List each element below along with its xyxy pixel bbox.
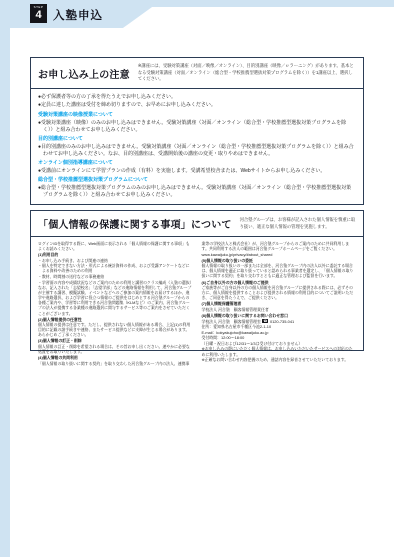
privacy-box-title-row: 「個人情報の保護に関する事項」について 河合塾グループは、お客様が記入された個人… [31,211,363,237]
privacy-box-title: 「個人情報の保護に関する事項」について [38,216,232,231]
privacy-left-column: ログインIDを取得する際に、Web画面に表示される「個人情報の保護に関する事項」… [38,241,193,366]
notice-section-heading: オンライン個別指導講座について [38,160,356,167]
notice-box-note: ※講座には、受験対策講座（対面／映像／オンライン）、目的別講座（映像／ｅラーニン… [138,63,356,82]
privacy-text: ※お申し込みの際にいただく個人情報は、お申し込みいただいたサービスへの対応のため… [202,346,357,356]
privacy-heading: (1)利用目的 [38,252,193,257]
notice-section-heading: 受験対策講座の映像授業について [38,112,356,119]
privacy-heading: (8)個人情報の取り扱いに関するお問い合わせ窓口 [202,313,357,318]
step-badge: STEP 4 [30,4,47,23]
privacy-box-note: 河合塾グループは、お客様が記入された個人情報を慎重に取り扱い、適正な個人情報の管… [240,217,356,230]
privacy-text: 「個人情報の取り扱いに関する契約」を取り交わした河合塾グループ内の法人、連携事 [38,361,193,366]
page-header: STEP 4 入塾申込 [0,0,394,28]
privacy-contact-line: 学校法人 河合塾 顧客情報管理室 ☎ 0120-735-041 [202,319,357,324]
privacy-text: 受付時間：12:00～18:00 [202,335,357,340]
privacy-list-item: ・個人を特定できない方法・形式による統計資料の作成、および受講アンケートなどによ… [38,263,193,273]
privacy-text: 個人情報の提供は任意です。ただし、提供されない個人情報がある場合、上記(1)の利… [38,322,193,337]
privacy-list-item: ・教材、時間割の送付などの事務連絡 [38,274,193,279]
privacy-text: ご家族等がご自身以外の方の個人情報を河合塾グループに提供される際には、必ずその方… [202,285,357,300]
page-title: 入塾申込 [53,7,103,23]
notice-item: ●目的別講座のみのお申し込みはできません。受験対策講座（対面／オンライン（総合型… [38,144,356,158]
privacy-heading: (7)個人情報保護管理者 [202,301,357,306]
privacy-text: E-mail：kokyakujoho@kawaijuku.ac.jp [202,330,357,335]
notice-box-title-row: お申し込み上の注意 ※講座には、受験対策講座（対面／映像／オンライン）、目的別講… [31,58,363,89]
notice-box-content: ●必ず保護者等の方の了承を得たうえでお申し込みください。 ●定員に達した講座は受… [31,89,363,206]
privacy-heading: (6)ご自身以外の方の個人情報のご提供 [202,280,357,285]
application-notice-box: お申し込み上の注意 ※講座には、受験対策講座（対面／映像／オンライン）、目的別講… [30,57,364,205]
notice-box-title: お申し込み上の注意 [38,66,130,81]
privacy-heading: (3)個人情報の訂正・削除 [38,338,193,343]
privacy-box: 「個人情報の保護に関する事項」について 河合塾グループは、お客様が記入された個人… [30,210,364,351]
privacy-text: ※正確なお問い合わせ内容把握のため、通話内容を録音させていただいております。 [202,357,357,362]
notice-item: ●受講前にオンラインにて学習プランの作成（有料）を実施します。受講希望校舎または… [38,168,356,175]
privacy-heading: (2)個人情報提供の任意性 [38,317,193,322]
notice-section-heading: 総合型・学校推薦型選抜対策プログラムについて [38,177,356,184]
left-accent-band [0,0,10,557]
privacy-box-content: ログインIDを取得する際に、Web画面に表示される「個人情報の保護に関する事項」… [31,237,363,370]
privacy-url: www.kawaijuku.jp/privacy/#about_shared [202,252,357,257]
notice-item: ●総合型・学校推薦型選抜対策プログラムのみのお申し込みはできません。受験対策講座… [38,185,356,199]
brochure-page: STEP 4 入塾申込 お申し込み上の注意 ※講座には、受験対策講座（対面／映像… [0,0,394,557]
privacy-heading: (5)個人情報の取り扱いの委託 [202,258,357,263]
contact-phone: 0120-735-041 [270,319,294,324]
privacy-text: 個人情報の取り扱いの一部または全部を、河合塾グループ内の法人以外に委託する場合は… [202,263,357,278]
notice-item: ●定員に達した講座は受付を締め切りますので、お早めにお申し込みください。 [38,102,356,109]
notice-section-heading: 目的別講座について [38,136,356,143]
privacy-heading: (4)個人情報の共同利用 [38,355,193,360]
privacy-text: ログインIDを取得する際に、Web画面に表示される「個人情報の保護に関する事項」… [38,241,193,251]
step-number: 4 [35,10,41,21]
privacy-text: 学校法人 河合塾 顧客情報管理責任者 [202,307,357,312]
notice-item: ●受験対策講座（映像）のみのお申し込みはできません。受験対策講座（対面／オンライ… [38,120,356,134]
privacy-list-item: ・お申し込み手続き、および関連の連絡 [38,258,193,263]
contact-org: 学校法人 河合塾 顧客情報管理室 [202,319,261,324]
privacy-text: 個人情報の訂正・削除を希望される場合は、その旨お申し出ください。速やかに必要な処… [38,344,193,354]
privacy-text: 業等の学校法人と株式会社）が、河合塾グループからのご案内のために共同利用します。… [202,241,357,251]
privacy-text: なお、記入された「志望校名」「志望学部」などの進路情報を利用して、河合塾グループ… [38,285,193,315]
privacy-text: （日曜・祝日および12/31～1/3は受け付けておりません） [202,341,357,346]
privacy-right-column: 業等の学校法人と株式会社）が、河合塾グループからのご案内のために共同利用します。… [202,241,357,366]
privacy-list-item: ・学習面の内容や成績状況などのご案内のための利用と講習のクラス編成（入塾の選抜） [38,280,193,285]
freedial-phone-icon: ☎ [262,319,268,323]
notice-item: ●必ず保護者等の方の了承を得たうえでお申し込みください。 [38,94,356,101]
privacy-text: 住所：愛知県名古屋市千種区今池2-1-10 [202,324,357,329]
